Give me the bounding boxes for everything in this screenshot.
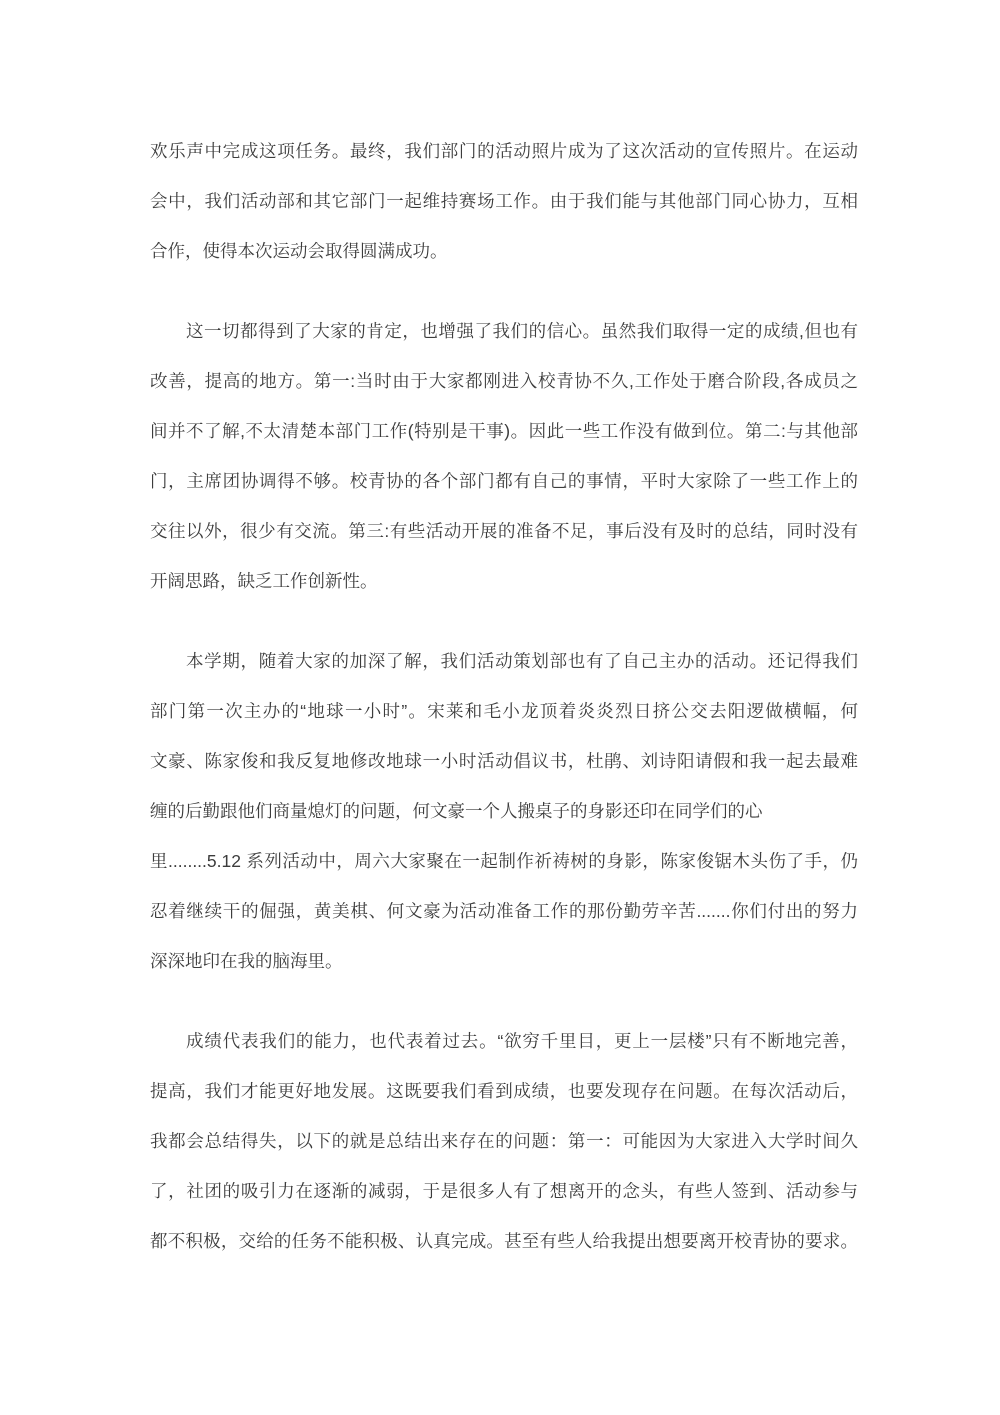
text-line: 提高，我们才能更好地发展。这既要我们看到成绩，也要发现存在问题。在每次活动后， — [150, 1066, 858, 1116]
text-line: 都不积极，交给的任务不能积极、认真完成。甚至有些人给我提出想要离开校青协的要求。 — [150, 1216, 858, 1266]
text-line: 本学期，随着大家的加深了解，我们活动策划部也有了自己主办的活动。还记得我们 — [150, 636, 858, 686]
text-line: 这一切都得到了大家的肯定，也增强了我们的信心。虽然我们取得一定的成绩,但也有 — [150, 306, 858, 356]
text-line: 门，主席团协调得不够。校青协的各个部门都有自己的事情，平时大家除了一些工作上的 — [150, 456, 858, 506]
text-line: 里........5.12 系列活动中，周六大家聚在一起制作祈祷树的身影，陈家俊… — [150, 836, 858, 886]
text-line: 会中，我们活动部和其它部门一起维持赛场工作。由于我们能与其他部门同心协力，互相 — [150, 176, 858, 226]
text-line: 缠的后勤跟他们商量熄灯的问题，何文豪一个人搬桌子的身影还印在同学们的心 — [150, 786, 858, 836]
text-line: 我都会总结得失，以下的就是总结出来存在的问题：第一：可能因为大家进入大学时间久 — [150, 1116, 858, 1166]
document-page: 欢乐声中完成这项任务。最终，我们部门的活动照片成为了这次活动的宣传照片。在运动会… — [0, 0, 858, 1266]
text-line: 欢乐声中完成这项任务。最终，我们部门的活动照片成为了这次活动的宣传照片。在运动 — [150, 126, 858, 176]
text-line: 了，社团的吸引力在逐渐的减弱，于是很多人有了想离开的念头，有些人签到、活动参与 — [150, 1166, 858, 1216]
text-line: 文豪、陈家俊和我反复地修改地球一小时活动倡议书，杜鹃、刘诗阳请假和我一起去最难 — [150, 736, 858, 786]
text-line: 忍着继续干的倔强，黄美棋、何文豪为活动准备工作的那份勤劳辛苦.......你们付… — [150, 886, 858, 936]
text-line: 部门第一次主办的“地球一小时”。宋莱和毛小龙顶着炎炎烈日挤公交去阳逻做横幅，何 — [150, 686, 858, 736]
text-line: 交往以外，很少有交流。第三:有些活动开展的准备不足，事后没有及时的总结，同时没有 — [150, 506, 858, 556]
text-line: 改善，提高的地方。第一:当时由于大家都刚进入校青协不久,工作处于磨合阶段,各成员… — [150, 356, 858, 406]
text-line: 间并不了解,不太清楚本部门工作(特别是干事)。因此一些工作没有做到位。第二:与其… — [150, 406, 858, 456]
text-line: 合作，使得本次运动会取得圆满成功。 — [150, 226, 858, 276]
paragraph: 成绩代表我们的能力，也代表着过去。“欲穷千里目，更上一层楼”只有不断地完善，提高… — [150, 1016, 858, 1266]
paragraph: 欢乐声中完成这项任务。最终，我们部门的活动照片成为了这次活动的宣传照片。在运动会… — [150, 126, 858, 276]
text-line: 深深地印在我的脑海里。 — [150, 936, 858, 986]
document-body: 欢乐声中完成这项任务。最终，我们部门的活动照片成为了这次活动的宣传照片。在运动会… — [150, 126, 858, 1266]
paragraph: 本学期，随着大家的加深了解，我们活动策划部也有了自己主办的活动。还记得我们部门第… — [150, 636, 858, 986]
paragraph: 这一切都得到了大家的肯定，也增强了我们的信心。虽然我们取得一定的成绩,但也有改善… — [150, 306, 858, 606]
text-line: 成绩代表我们的能力，也代表着过去。“欲穷千里目，更上一层楼”只有不断地完善， — [150, 1016, 858, 1066]
text-line: 开阔思路，缺乏工作创新性。 — [150, 556, 858, 606]
